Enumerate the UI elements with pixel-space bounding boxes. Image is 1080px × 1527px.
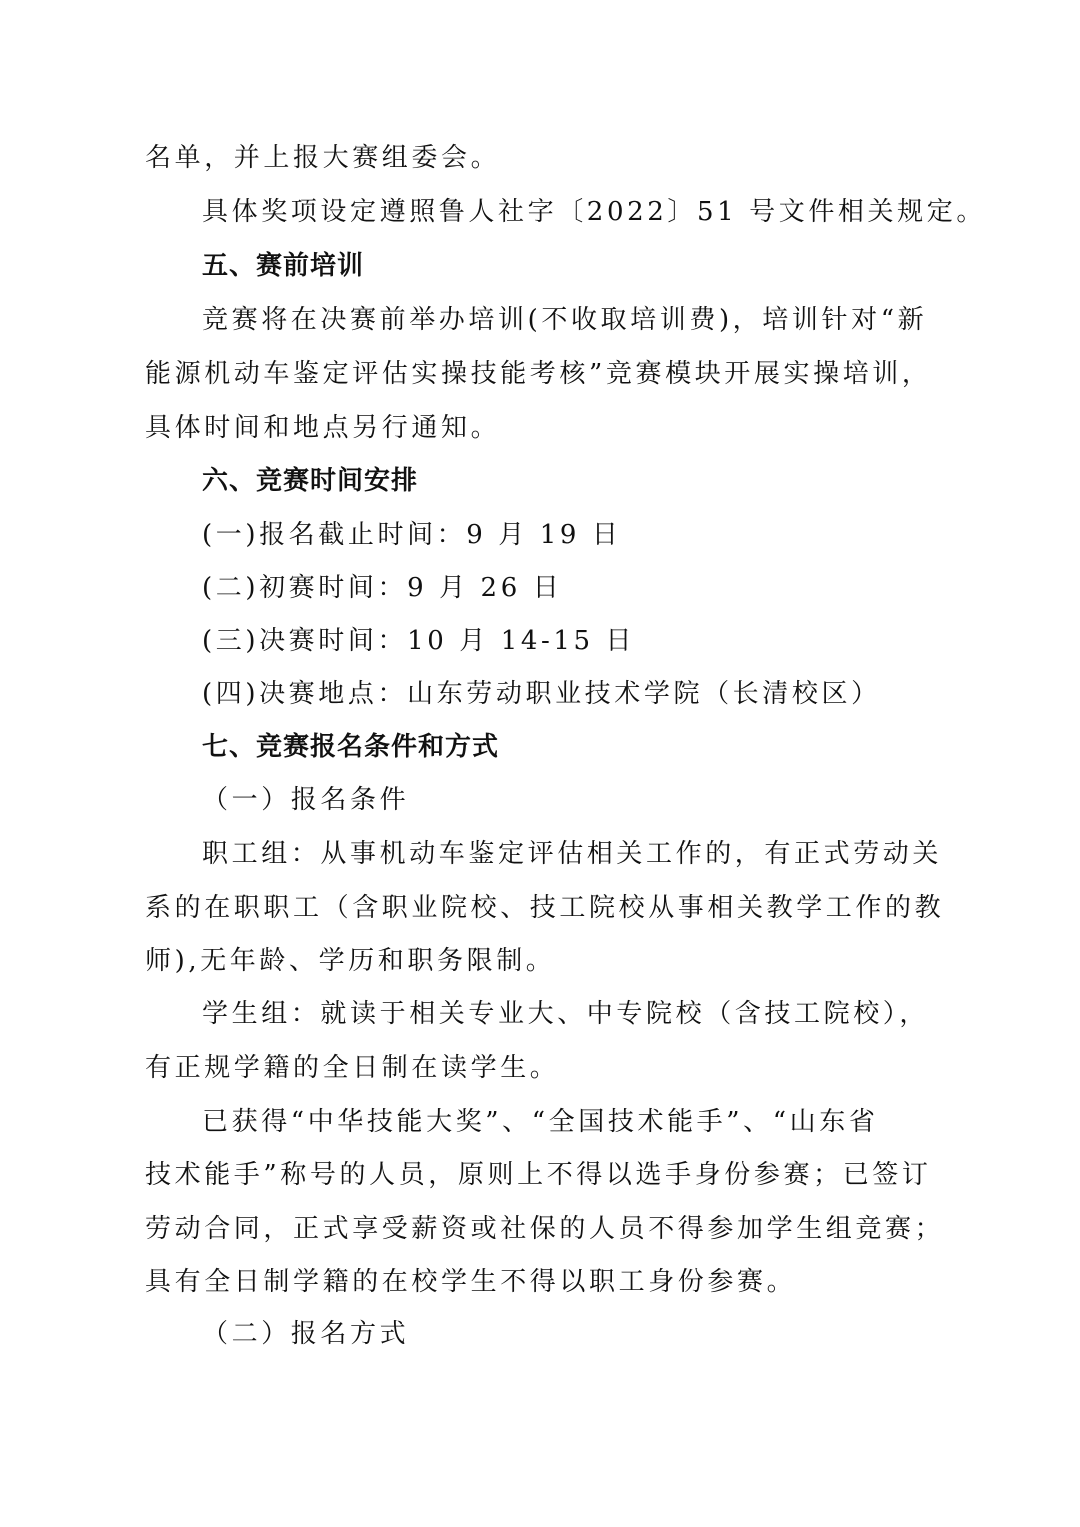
- paragraph-line: 系的在职职工（含职业院校、技工院校从事相关教学工作的教: [145, 892, 944, 924]
- paragraph-line: （一）报名条件: [202, 784, 409, 816]
- paragraph-line: 名单，并上报大赛组委会。: [145, 142, 500, 174]
- paragraph-line: 已获得“中华技能大奖”、“全国技术能手”、“山东省: [202, 1106, 878, 1138]
- section-heading: 五、赛前培训: [202, 250, 364, 282]
- paragraph-line: 有正规学籍的全日制在读学生。: [145, 1052, 559, 1084]
- paragraph-line: 能源机动车鉴定评估实操技能考核”竞赛模块开展实操培训，: [145, 358, 932, 390]
- paragraph-line: 职工组：从事机动车鉴定评估相关工作的，有正式劳动关: [202, 838, 942, 870]
- section-heading: 六、竞赛时间安排: [202, 465, 418, 497]
- paragraph-line: (三)决赛时间：10 月 14-15 日: [202, 625, 635, 657]
- paragraph-line: (二)初赛时间：9 月 26 日: [202, 572, 562, 604]
- paragraph-line: （二）报名方式: [202, 1318, 409, 1350]
- paragraph-line: 师),无年龄、学历和职务限制。: [145, 945, 555, 977]
- paragraph-line: 具体时间和地点另行通知。: [145, 412, 500, 444]
- section-heading: 七、竞赛报名条件和方式: [202, 731, 499, 763]
- paragraph-line: 技术能手”称号的人员，原则上不得以选手身份参赛；已签订: [145, 1159, 932, 1191]
- paragraph-line: 具体奖项设定遵照鲁人社字〔2022〕51 号文件相关规定。: [202, 196, 986, 228]
- paragraph-line: 学生组：就读于相关专业大、中专院校（含技工院校），: [202, 998, 929, 1030]
- paragraph-line: (一)报名截止时间：9 月 19 日: [202, 519, 622, 551]
- paragraph-line: 竞赛将在决赛前举办培训(不收取培训费)，培训针对“新: [202, 304, 927, 336]
- paragraph-line: (四)决赛地点：山东劳动职业技术学院（长清校区）: [202, 678, 881, 710]
- paragraph-line: 具有全日制学籍的在校学生不得以职工身份参赛。: [145, 1266, 796, 1298]
- paragraph-line: 劳动合同，正式享受薪资或社保的人员不得参加学生组竞赛；: [145, 1213, 944, 1245]
